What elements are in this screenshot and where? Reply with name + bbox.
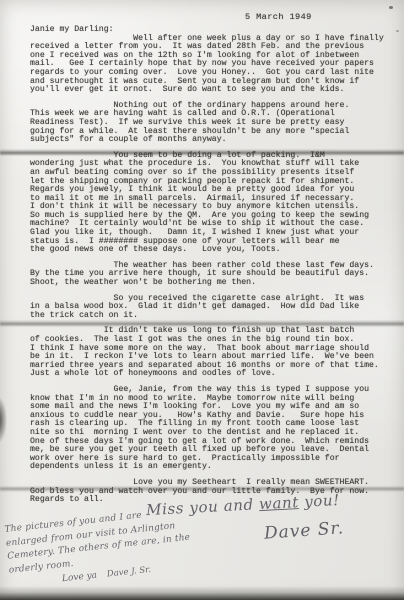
scan-left-edge-mark — [0, 396, 7, 444]
paragraph-7: Gee, Janie, from the way this is typed I… — [30, 386, 396, 472]
letter-page: 5 March 1949 Janie my Darling: Well afte… — [0, 0, 404, 600]
handwritten-margin-note: The pictures of you and I are enlarged f… — [4, 502, 225, 590]
margin-note-signoff: Love ya — [62, 571, 98, 585]
paragraph-3: You seem to be doing a lot of packing. I… — [30, 152, 396, 255]
margin-note-signature: Dave J. Sr. — [106, 565, 151, 580]
paper-speck — [389, 6, 393, 9]
paragraph-6: It didn't take us long to finish up that… — [30, 327, 396, 379]
paragraph-5: So you received the cigarette case alrig… — [30, 295, 396, 321]
paper-speck — [396, 30, 399, 32]
farewell-underlined-word: want — [259, 493, 300, 513]
handwritten-signature: Dave Sr. — [263, 518, 344, 544]
letter-body: Janie my Darling: Well after one week pl… — [30, 26, 396, 512]
letter-date: 5 March 1949 — [245, 12, 312, 22]
paragraph-2: Nothing out of the ordinary happens arou… — [30, 102, 396, 145]
farewell-text-end: you! — [298, 491, 340, 511]
paragraph-4: The weather has been rather cold these l… — [30, 262, 396, 288]
scan-bottom-edge-shadow — [0, 586, 404, 600]
paragraph-1: Well after one week plus a day or so I h… — [30, 35, 396, 95]
